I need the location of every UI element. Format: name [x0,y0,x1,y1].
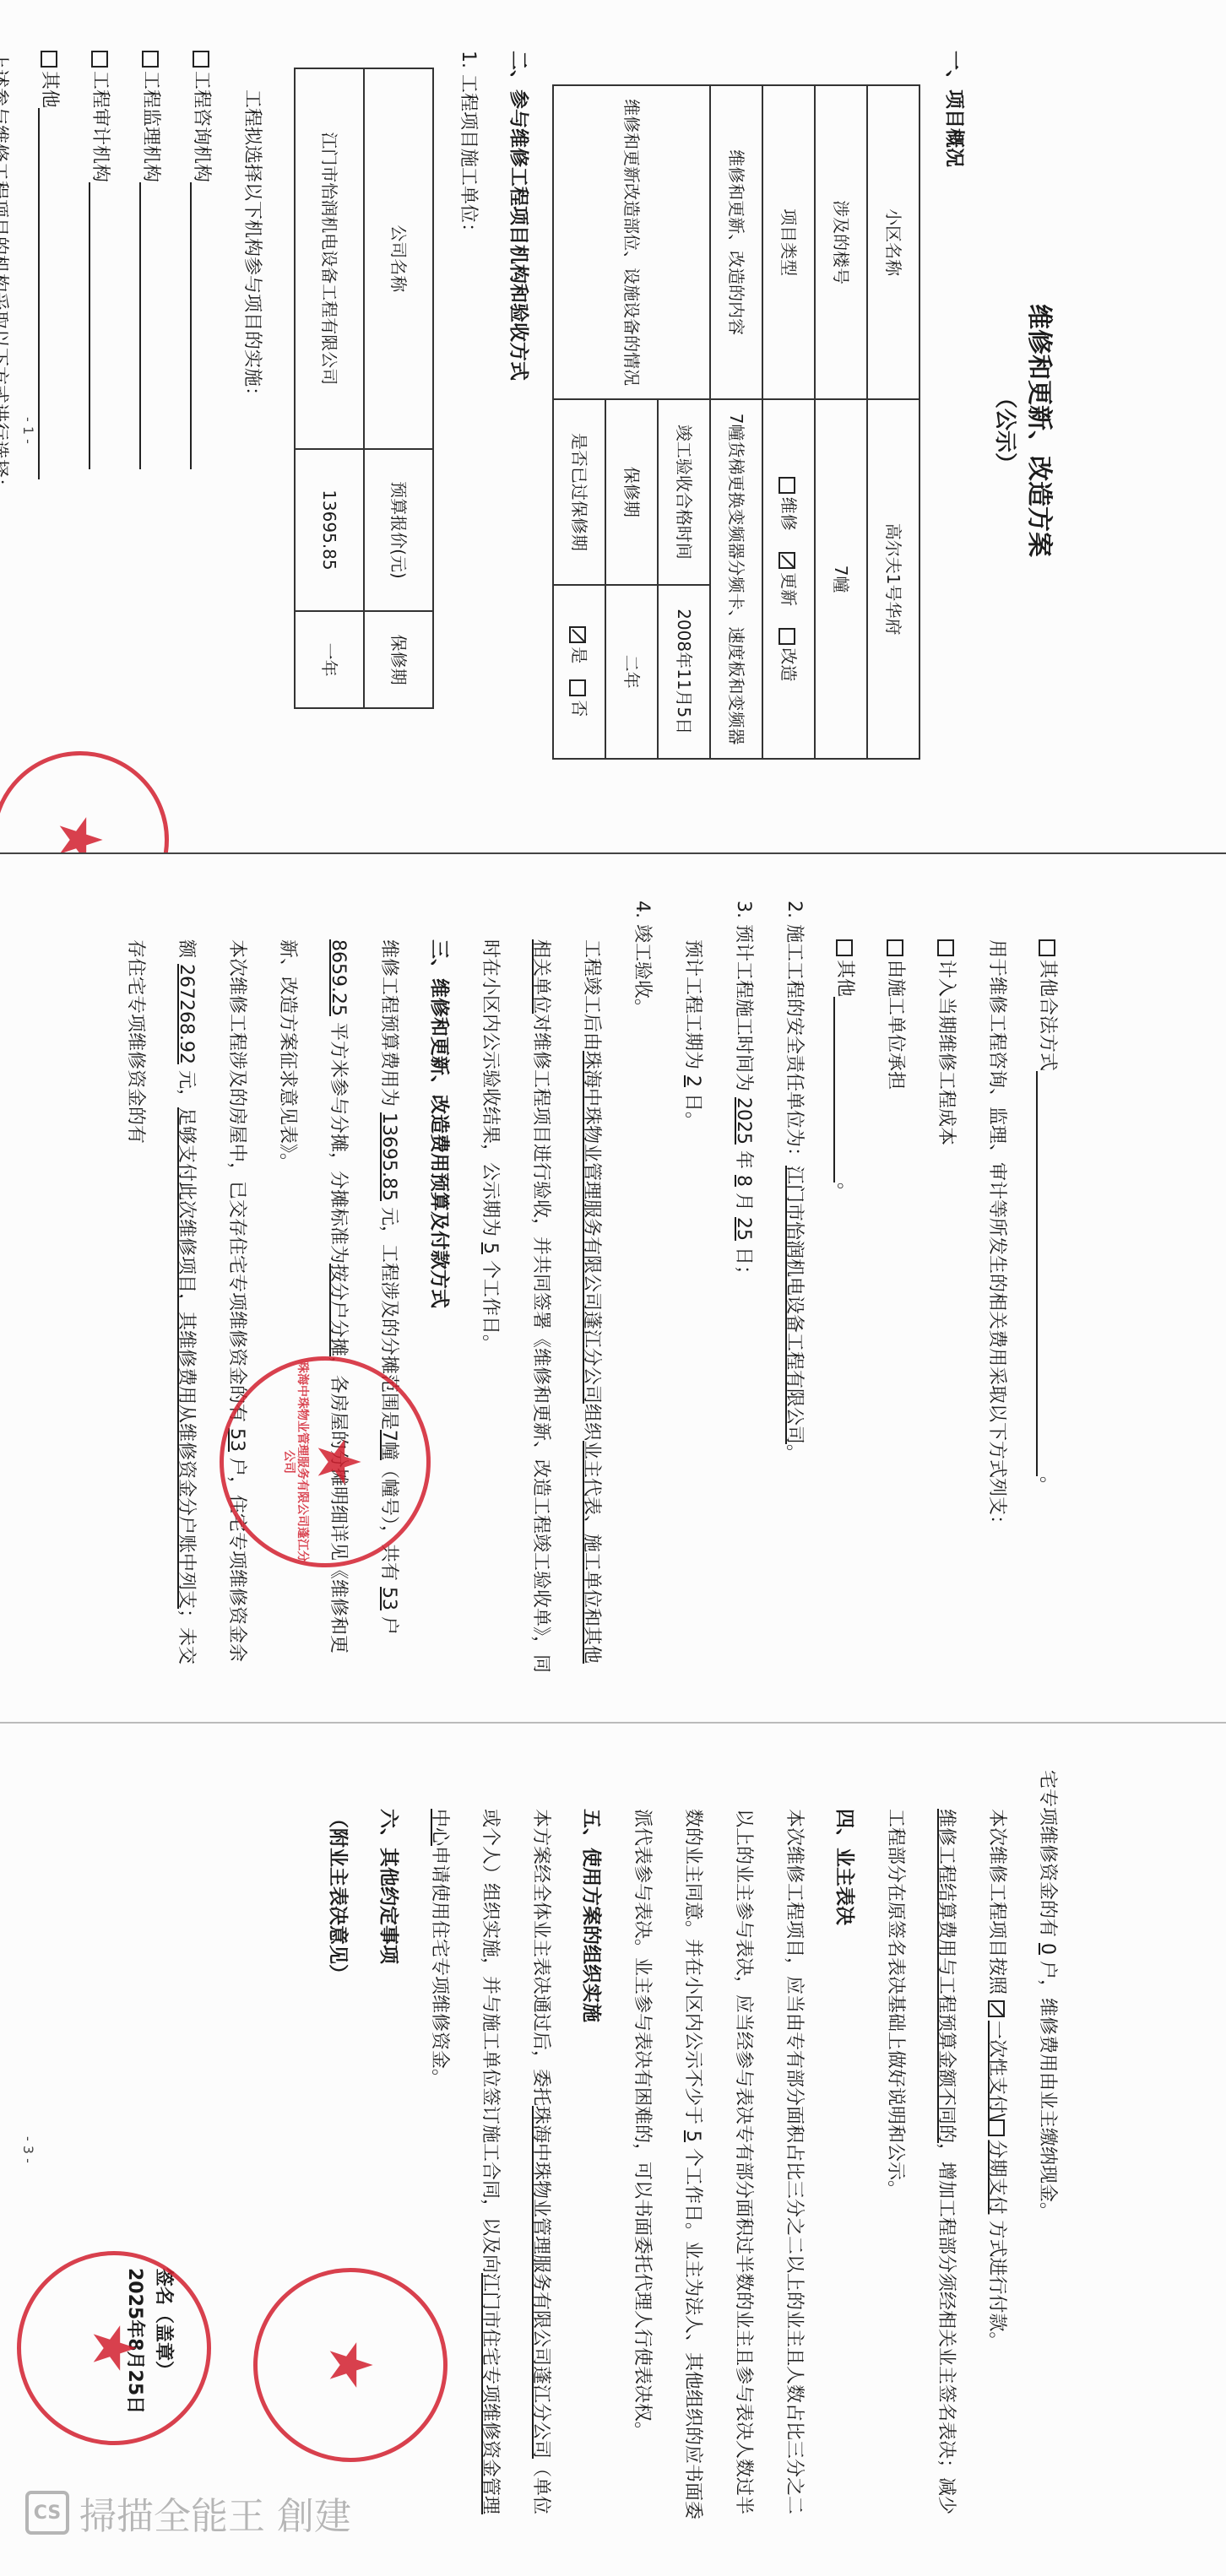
star-icon: ★ [84,2322,144,2375]
table-row: 小区名称高尔夫1号华府 [867,85,919,759]
company-seal: ★珠海中珠物业管理服务有限公司蓬江分公司 [220,1356,431,1567]
checkbox-repair [779,477,796,494]
project-type-options: 维修 更新 改造 [762,399,815,759]
table-row: 涉及的楼号7幢 [815,85,867,759]
star-icon: ★ [51,814,110,852]
checkbox-audit [91,51,108,68]
section2-heading: 二、参与维修工程项目机构和验收方式 [493,51,544,810]
company-seal: ★ [253,2268,448,2462]
camscanner-logo-icon: CS [25,2491,69,2535]
scanner-watermark: CS 掃描全能王 創建 [25,2486,351,2540]
page-number: - 1 - [20,8,36,852]
checkbox-lump-sum [988,2000,1005,2017]
table-row: 江门市怡润机电设备工程有限公司13695.85一年 [295,68,364,708]
table-header: 公司名称预算报价(元)保修期 [364,68,433,708]
checkbox-renovate [779,628,796,645]
checkbox-installment [988,2119,1005,2136]
checkbox-supervision [142,51,159,68]
star-icon: ★ [321,2339,380,2392]
checkbox-other-org [41,51,57,68]
table-row: 项目类型 维修 更新 改造 [762,85,815,759]
document-title: 维修和更新、改造方案 [1022,51,1055,810]
table-row: 维修和更新、改造的内容7幢货梯更换变频器分频卡、速度板和变频器 [710,85,762,759]
checkbox-contractor [887,939,903,956]
section3-heading: 三、维修和更新、改造费用预算及付款方式 [414,901,464,1677]
checkbox-other-method [1039,939,1055,956]
project-info-table: 小区名称高尔夫1号华府 涉及的楼号7幢 项目类型 维修 更新 改造 维修和更新、… [552,84,920,760]
checkbox-cost [937,939,954,956]
section1-heading: 一、项目概况 [929,51,979,810]
star-icon: ★ [309,1436,368,1489]
section5-heading: 五、使用方案的组织实施 [566,1770,616,2530]
page-1: 维修和更新、改造方案 （公示） 一、项目概况 小区名称高尔夫1号华府 涉及的楼号… [0,0,1226,852]
page-number: - 3 - [20,1728,36,2572]
signature-seal: ★ [17,2251,211,2445]
checkbox-other-fee [836,939,853,956]
checkbox-yes [570,626,587,643]
checkbox-no [570,679,587,696]
document-subtitle: （公示） [988,51,1022,810]
checkbox-update [779,552,796,569]
page-3: 宅专项维修资金的有 0 户，维修费用由业主缴纳现金。 本次维修工程项目按照 一次… [0,1722,1226,2576]
company-table: 公司名称预算报价(元)保修期 江门市怡润机电设备工程有限公司13695.85一年 [294,68,434,709]
section4-heading: 四、业主表决 [819,1770,870,2530]
page-2: 其他合法方式。 用于维修工程咨询、监理、审计等所发生的相关费用采取以下方式列支：… [0,852,1226,1724]
checkbox-consulting [193,51,209,68]
table-row: 维修和更新改造部位、设施设备的情况竣工验收合格时间2008年11月5日 [658,85,710,759]
